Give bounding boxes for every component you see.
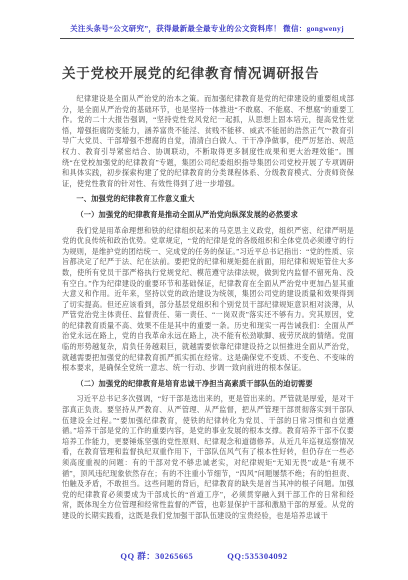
- header-banner: 关注头条号“公文研究”，获得最新最全最专业的公文资料库！ 微信：gongweny…: [60, 24, 354, 39]
- page-title: 关于党校开展党的纪律教育情况调研报告: [62, 62, 354, 82]
- subsection-heading-1-1: （一）加强党的纪律教育是推动全面从严治党向纵深发展的必然要求: [62, 210, 354, 221]
- paragraph-subsection-1-1: 我们党是用革命理想和铁的纪律组织起来的马克思主义政党，组织严密、纪律严明是党的优…: [62, 226, 354, 374]
- qq-number: 535304092: [245, 551, 288, 561]
- paragraph-subsection-1-2: 习近平总书记多次强调，“好干部是选出来的，更是管出来的。严管就是厚爱，是对干部真…: [62, 394, 354, 521]
- document-page: 关注头条号“公文研究”，获得最新最全最专业的公文资料库！ 微信：gongweny…: [0, 0, 408, 580]
- paragraph-intro: 纪律建设是全面从严治党的治本之策。而加强纪律教育是党的纪律建设的重要组成部分，是…: [62, 94, 354, 189]
- qq-group-label: QQ 群：: [120, 551, 155, 561]
- qq-label: QQ:: [227, 551, 245, 561]
- header-banner-text: 关注头条号“公文研究”，获得最新最全最专业的公文资料库！ 微信：gongweny…: [70, 24, 344, 33]
- document-content: 关于党校开展党的纪律教育情况调研报告 纪律建设是全面从严治党的治本之策。而加强纪…: [62, 56, 354, 527]
- qq-group-number: 30265665: [155, 551, 193, 561]
- subsection-heading-1-2: （二）加强党的纪律教育是培育忠诚干净担当高素质干部队伍的迫切需要: [62, 379, 354, 390]
- footer-contact: QQ 群：30265665QQ:535304092: [0, 550, 408, 562]
- section-heading-1: 一、加强党的纪律教育工作意义重大: [62, 194, 354, 205]
